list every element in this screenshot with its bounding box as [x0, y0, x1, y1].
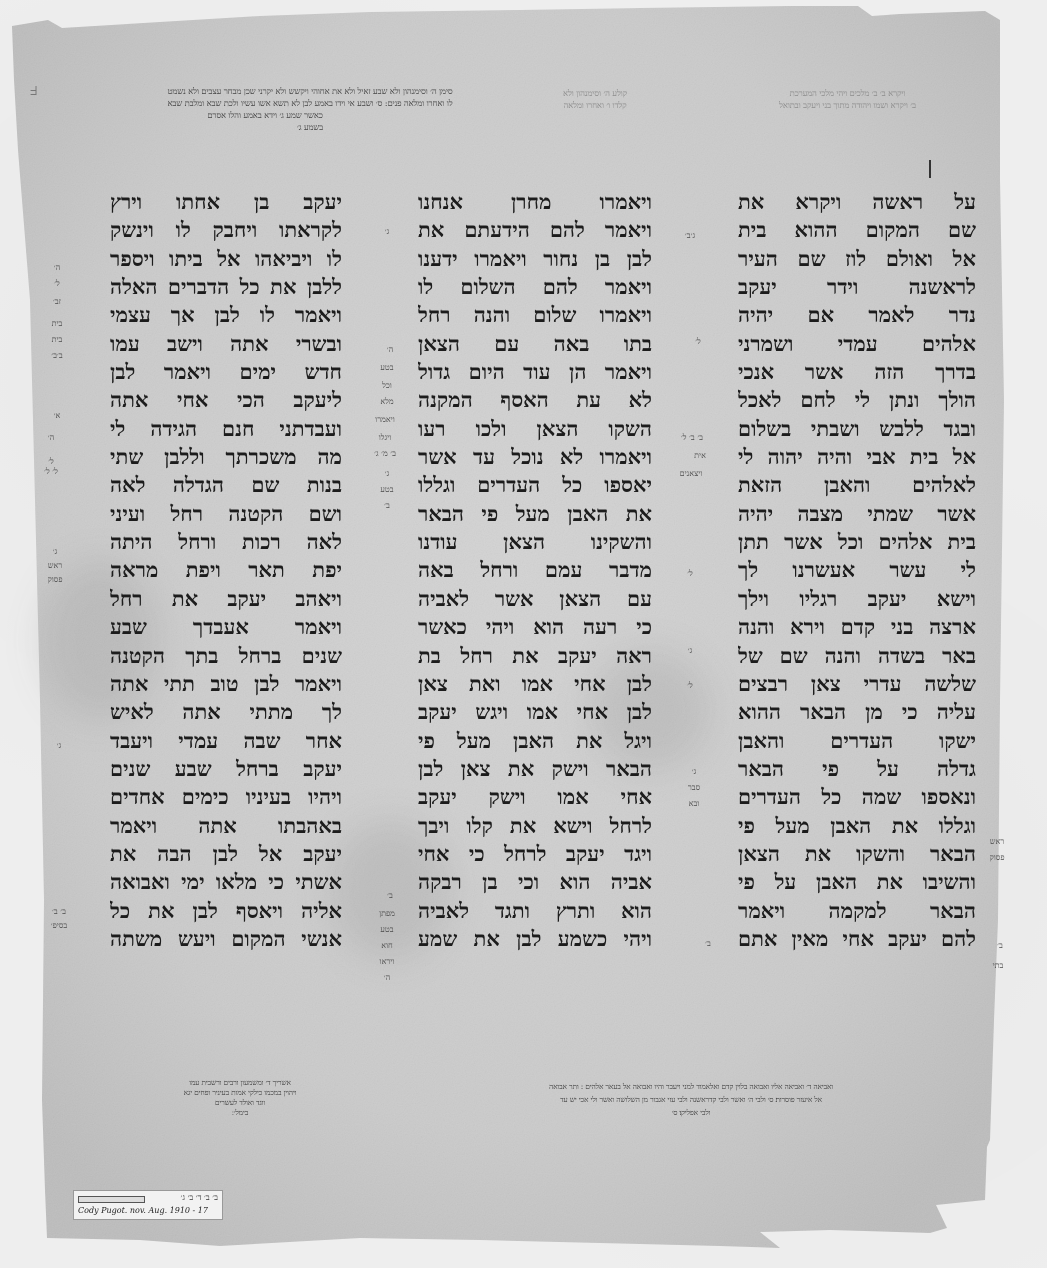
text-line: יאספו כל העדרים וגללו [418, 471, 652, 499]
margin-note: ל׳ [680, 568, 700, 580]
text-line: ויאמר להם הידעתם את [418, 216, 652, 244]
margin-note: ויאמרו [366, 414, 404, 426]
text-line: עליה כי מן הבאר ההוא [738, 698, 976, 726]
masora-line: ווגד ואולד לעשרים [130, 1098, 350, 1108]
text-line: ובגד ללבש ושבתי בשלום [738, 415, 976, 443]
text-line: ויאהב יעקב את רחל [110, 585, 342, 613]
text-line: יפת תאר ויפת מראה [110, 556, 342, 584]
masora-line: לו ואחרו ומלאה פנים: ס׳ ושבע אי וידו באמ… [80, 98, 540, 110]
text-line: הבאר למקמה ויאמר [738, 897, 976, 925]
text-line: בדרך הזה אשר אנכי [738, 358, 976, 386]
text-line: יעקב בן אחתו וירץ [110, 188, 342, 216]
masora-bottom-right: ואביאה ד׳ ואביאה אליו ואבואה בלוין קדם ו… [428, 1080, 954, 1119]
margin-note: פסוק [984, 852, 1010, 864]
margin-note: אית [688, 450, 712, 462]
margin-note: ה׳ [378, 344, 402, 356]
text-line: נדר לאמר אם יהיה [738, 301, 976, 329]
text-line: והשקינו הצאן עודנו [418, 528, 652, 556]
text-line: באהבתו אתה ויאמר [110, 812, 342, 840]
margin-note: חוא [372, 940, 402, 952]
margin-note: ב׳ מ׳ ג׳ [366, 448, 404, 460]
margin-note: ל׳ ל׳ [34, 466, 68, 478]
text-line: גדלה על פי הבאר [738, 755, 976, 783]
margin-note: זב׳ [44, 296, 70, 308]
text-column-middle: ויאמרו מחרן אנחנו ויאמר להם הידעתם את לב… [418, 188, 652, 953]
text-line: לך מתתי אתה לאיש [110, 698, 342, 726]
margin-note: ג׳ [682, 766, 706, 778]
margin-note: ב׳ [990, 940, 1010, 952]
margin-note: בתי [986, 960, 1010, 972]
margin-note: ג׳ [40, 546, 70, 558]
label-top-text: ב׳ ב׳ ד׳ ב׳ ג׳ [181, 1193, 218, 1202]
text-line: יעקב אל לבן הבה את [110, 840, 342, 868]
margin-note: ב׳ ב׳ ל׳ [672, 432, 712, 444]
margin-note: ג׳ [374, 226, 400, 238]
masora-line: ב׳ ויקרא ושמו ויהודה מתוך בני ויעקב ובתו… [735, 100, 960, 112]
masora-top-left: סימן ה׳ וסימנהון ולא שבע זאיל ולא את אחו… [80, 86, 540, 134]
text-column-right: על ראשה ויקרא את שם המקום ההוא בית אל וא… [738, 188, 976, 953]
text-line: ושם הקטנה רחל ועיני [110, 500, 342, 528]
margin-note: ג׳ [680, 645, 700, 657]
text-line: ובשרי אתה וישב עמו [110, 330, 342, 358]
text-line: הולך ונתן לי לחם לאכל [738, 386, 976, 414]
masora-bottom-left: אשריך ד׳ ומשמעון ורבים ורשבית עמו ויהוין… [130, 1078, 350, 1118]
margin-note: ובא [682, 798, 706, 810]
margin-note: ויצאנים [666, 468, 716, 480]
margin-note: ל׳ [44, 278, 70, 290]
label-text: Cody Pugot. nov. Aug. 1910 - 17 [78, 1206, 208, 1215]
text-line: אליה ויאסף לבן את כל [110, 897, 342, 925]
text-line: ויאמר הן עוד היום גדול [418, 358, 652, 386]
masora-line: סימן ה׳ וסימנהון ולא שבע זאיל ולא את אחו… [80, 86, 540, 98]
text-line: לא עת האסף המקנה [418, 386, 652, 414]
margin-note: ג׳ב׳ [676, 230, 704, 242]
text-line: מדבר עמם ורחל באה [418, 556, 652, 584]
margin-note: ל׳ [688, 336, 708, 348]
text-line: באר בשדה והנה שם של [738, 642, 976, 670]
text-line: ליעקב הכי אחי אתה [110, 386, 342, 414]
text-line: לאלהים והאבן הזאת [738, 471, 976, 499]
text-line: ישקו העדרים והאבן [738, 727, 976, 755]
masora-line: ויקרא ב׳ ב׳ מלכים ויהי מלכי המערכת [735, 88, 960, 100]
text-line: ויאמרו מחרן אנחנו [418, 188, 652, 216]
text-column-left: יעקב בן אחתו וירץ לקראתו ויחבק לו וינשק … [110, 188, 342, 953]
text-line: לאה רכות ורחל היתה [110, 528, 342, 556]
text-line: ויגד יעקב לרחל כי אחי [418, 840, 652, 868]
margin-note: בית [44, 318, 70, 330]
text-line: ויהי כשמע לבן את שמע [418, 925, 652, 953]
text-line: ויאמר אעבדך שבע [110, 613, 342, 641]
text-line: ויאמר לבן טוב תתי אתה [110, 670, 342, 698]
margin-note: ב׳ [372, 500, 402, 512]
margin-note: ב׳ [698, 938, 718, 950]
margin-note: ויגלו [366, 432, 404, 444]
text-line: ויגל את האבן מעל פי [418, 727, 652, 755]
margin-note: ה׳ [38, 432, 64, 444]
text-line: לבן בן נחור ויאמרו ידענו [418, 245, 652, 273]
text-line: את האבן מעל פי הבאר [418, 500, 652, 528]
text-line: אל ואולם לוז שם העיר [738, 245, 976, 273]
text-line: בתו באה עם הצאן [418, 330, 652, 358]
text-line: שלשה עדרי צאן רבצים [738, 670, 976, 698]
text-line: אלהים עמדי ושמרני [738, 330, 976, 358]
text-line: הבאר והשקו את הצאן [738, 840, 976, 868]
text-line: לקראתו ויחבק לו וינשק [110, 216, 342, 244]
margin-note: ה׳ [44, 262, 70, 274]
text-line: להם יעקב אחי מאין אתם [738, 925, 976, 953]
masora-line: אשריך ד׳ ומשמעון ורבים ורשבית עמו [130, 1078, 350, 1088]
margin-note: ג׳ [44, 740, 74, 752]
text-line: לבן אחי אמו ואת צאן [418, 670, 652, 698]
margin-note: ה׳ [372, 972, 402, 984]
label-bar [78, 1196, 145, 1203]
text-line: ונאספו שמה כל העדרים [738, 783, 976, 811]
margin-note: בטע [372, 924, 402, 936]
masora-line: קולע ה׳ וסימנהון ולא [540, 88, 650, 100]
text-line: וישא יעקב רגליו וילך [738, 585, 976, 613]
text-line: וגללו את האבן מעל פי [738, 812, 976, 840]
masora-line: ולבי אפליקו׃ ס׳ [428, 1106, 954, 1119]
corner-mark: ᖵ [30, 84, 37, 99]
column-marker [929, 160, 931, 178]
text-line: עם הצאן אשר לאביה [418, 585, 652, 613]
text-line: והשיבו את האבן על פי [738, 868, 976, 896]
margin-note: ויראו [372, 956, 402, 968]
text-line: שם המקום ההוא בית [738, 216, 976, 244]
text-line: ארצה בני קדם וירא והנה [738, 613, 976, 641]
masora-top-right: ויקרא ב׳ ב׳ מלכים ויהי מלכי המערכת ב׳ וי… [735, 88, 960, 112]
margin-note: ג׳ [372, 468, 402, 480]
margin-note: פסוק [40, 574, 70, 586]
margin-note: וכל [372, 380, 402, 392]
margin-note: סבר [682, 782, 706, 794]
text-line: ויאמרו לא נוכל עד אשר [418, 443, 652, 471]
masora-line: ויהוין במכמו כילקי אמות בעיניר ופחים יגא [130, 1088, 350, 1098]
text-line: מה משכרתך וללבן שתי [110, 443, 342, 471]
manuscript-leaf: סימן ה׳ וסימנהון ולא שבע זאיל ולא את אחו… [0, 0, 1047, 1268]
text-line: שנים ברחל בתך הקטנה [110, 642, 342, 670]
margin-note: בית [44, 334, 70, 346]
masora-line: אל איעזר פוסרות׃ ס׳ ולבי ה׳ ואשר ולבי קד… [428, 1093, 954, 1106]
text-line: אחר שבה עמדי ויעבד [110, 727, 342, 755]
text-line: בית אלהים וכל אשר תתן [738, 528, 976, 556]
text-line: בנות שם הגדלה לאה [110, 471, 342, 499]
text-line: על ראשה ויקרא את [738, 188, 976, 216]
text-line: לרחל וישא את קלו ויבך [418, 812, 652, 840]
text-line: השקו הצאן ולכו רעו [418, 415, 652, 443]
margin-note: מפתן [372, 908, 402, 920]
text-line: כי רעה הוא ויהי כאשר [418, 613, 652, 641]
text-line: ויהיו בעיניו כימים אחדים [110, 783, 342, 811]
text-line: חדש ימים ויאמר לבן [110, 358, 342, 386]
masora-line: כאשר שמע ג׳ וידא באמע והלו אסרם [80, 110, 540, 122]
catalog-label: ב׳ ב׳ ד׳ ב׳ ג׳ Cody Pugot. nov. Aug. 191… [73, 1190, 223, 1220]
text-line: לראשנה וידר יעקב [738, 273, 976, 301]
text-line: הוא ותרץ ותגד לאביה [418, 897, 652, 925]
text-line: ויאמר לו לבן אך עצמי [110, 301, 342, 329]
masora-line: קלדו ו׳ ואחרו ומלאה [540, 100, 650, 112]
masora-line: בשמע ג׳ [80, 122, 540, 134]
text-line: אשתי כי מלאו ימי ואבואה [110, 868, 342, 896]
text-line: לבן אחי אמו ויגש יעקב [418, 698, 652, 726]
text-line: ראה יעקב את רחל בת [418, 642, 652, 670]
margin-note: ראש [984, 836, 1010, 848]
margin-note: מלא [372, 396, 402, 408]
masora-line: ואביאה ד׳ ואביאה אליו ואבואה בלוין קדם ו… [428, 1080, 954, 1093]
margin-note: א׳ [44, 410, 70, 422]
text-line: לו ויביאהו אל ביתו ויספר [110, 245, 342, 273]
text-line: אנשי המקום ויעש משתה [110, 925, 342, 953]
text-line: ויאמר להם השלום לו [418, 273, 652, 301]
margin-note: ראש [40, 560, 70, 572]
text-line: אביה הוא וכי בן רבקה [418, 868, 652, 896]
margin-note: בטע [372, 484, 402, 496]
text-line: אחי אמו וישק יעקב [418, 783, 652, 811]
text-line: אשר שמתי מצבה יהיה [738, 500, 976, 528]
margin-note: בסיפ׳ [44, 920, 74, 932]
margin-note: ב׳ ב׳ [44, 906, 74, 918]
text-line: אל בית אבי והיה יהוה לי [738, 443, 976, 471]
text-line: ויאמרו שלום והנה רחל [418, 301, 652, 329]
masora-top-middle: קולע ה׳ וסימנהון ולא קלדו ו׳ ואחרו ומלאה [540, 88, 650, 112]
text-line: יעקב ברחל שבע שנים [110, 755, 342, 783]
text-line: הבאר וישק את צאן לבן [418, 755, 652, 783]
text-line: ועבדתני חנם הגידה לי [110, 415, 342, 443]
margin-note: ל׳ [680, 680, 700, 692]
margin-note: בטע [372, 362, 402, 374]
text-line: לי עשר אעשרנו לך [738, 556, 976, 584]
masora-line: בימל׳ ׃ [130, 1108, 350, 1118]
margin-note: ב׳ב׳ [44, 350, 70, 362]
margin-note: ב׳ [378, 890, 402, 902]
text-line: ללבן את כל הדברים האלה [110, 273, 342, 301]
